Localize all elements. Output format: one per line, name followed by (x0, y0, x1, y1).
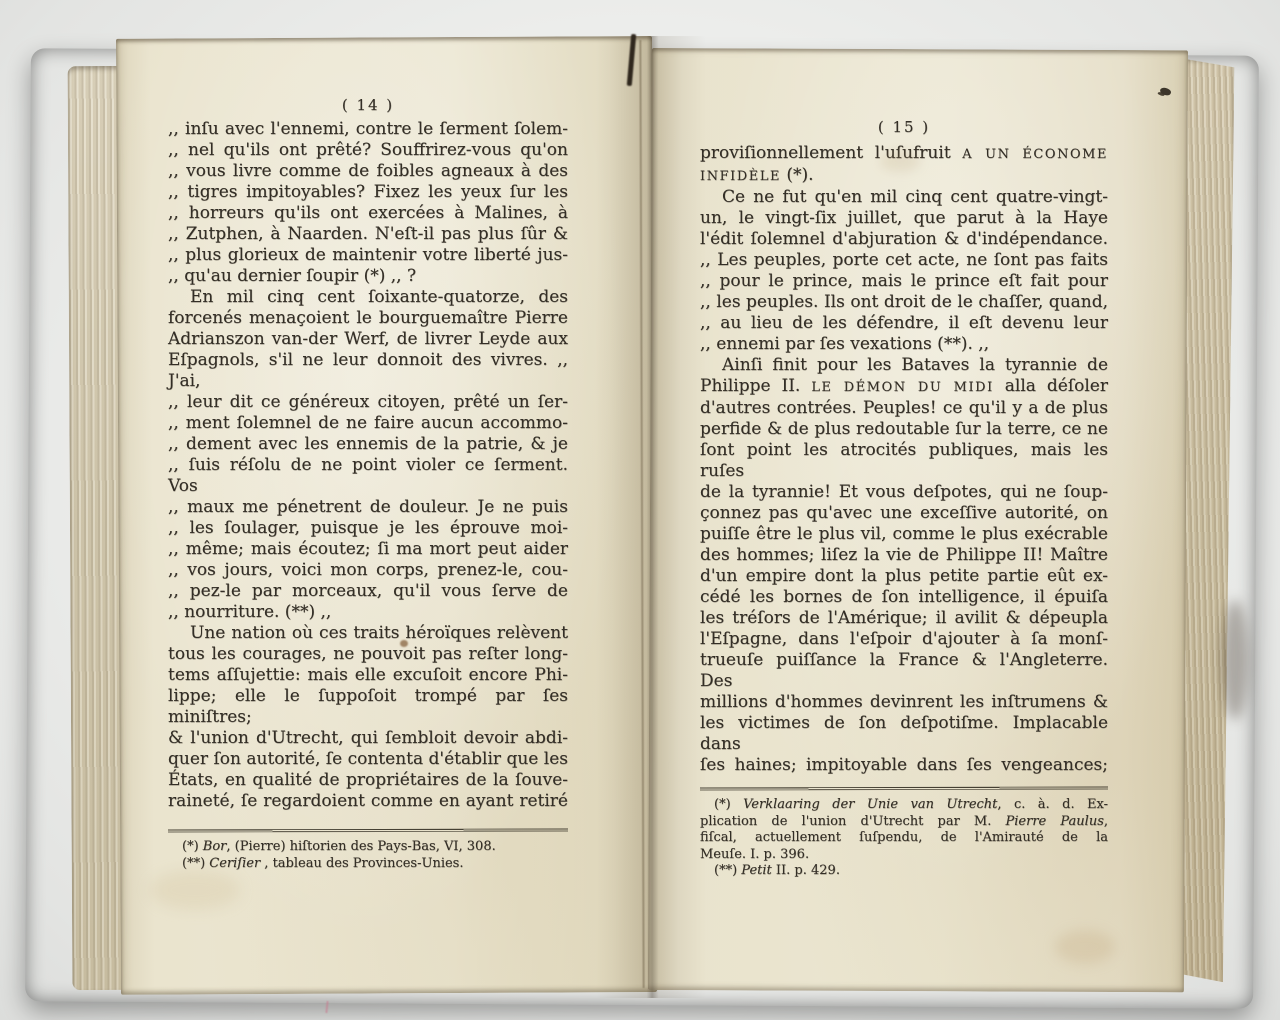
right-page-text: ( 15 ) proviſionnellement l'uſufruit A U… (700, 118, 1108, 880)
text-segment: (*). (781, 165, 814, 185)
text-line: ,, Zutphen, à Naarden. N'eſt-il pas plus… (168, 224, 568, 245)
text-segment: , tableau des Provinces-Unies. (260, 856, 463, 871)
text-line: Ainſi finit pour les Bataves la tyrannie… (700, 355, 1108, 376)
footnote-rule-right (700, 786, 1108, 790)
text-segment: plication de l'union d'Utrecht par M. (700, 814, 1006, 829)
text-line: ,, Les peuples, porte cet acte, ne ſont … (700, 250, 1108, 271)
text-line: ſes haines; impitoyable dans ſes vengean… (700, 755, 1108, 776)
text-line: tems aſſujettie: mais elle excuſoit enco… (168, 665, 568, 686)
text-line: l'édit ſolemnel d'abjuration & d'indépen… (700, 229, 1108, 250)
text-line: ,, qu'au dernier ſoupir (*) ,, ? (168, 266, 568, 287)
text-line: çonnez pas qu'avec une exceſſive autorit… (700, 503, 1108, 524)
stain (150, 870, 240, 910)
text-line: ,, plus glorieux de maintenir votre libe… (168, 245, 568, 266)
text-line: de la tyrannie! Et vous deſpotes, qui ne… (700, 482, 1108, 503)
text-line: raineté, ſe regardoient comme en ayant r… (168, 791, 568, 812)
right-page-body: proviſionnellement l'uſufruit A UN ÉCONO… (700, 143, 1108, 776)
text-line: ,, dement avec les ennemis de la patrie,… (168, 434, 568, 455)
text-line: ,, nourriture. (**) ,, (168, 602, 568, 623)
text-segment: , (Pierre) hiſtorien des Pays-Bas, VI, 3… (226, 839, 495, 854)
right-page-footnotes: (*) Verklaaring der Unie van Utrecht, c.… (700, 797, 1108, 880)
text-line: Meuſe. I. p. 396. (700, 847, 1108, 864)
text-line: ,, tigres impitoyables? Fixez les yeux ſ… (168, 182, 568, 203)
text-line: forcenés menaçoient le bourguemaître Pie… (168, 308, 568, 329)
text-line: un, le vingt-ſix juillet, que parut à la… (700, 208, 1108, 229)
italic-text: Verklaaring der Unie van Utrecht (743, 797, 997, 812)
edge-wear (1222, 600, 1248, 720)
text-segment: (**) (182, 856, 209, 871)
text-line: ,, vos jours, voici mon corps, prenez-le… (168, 560, 568, 581)
text-line: ,, les ſoulager, puisque je les éprouve … (168, 518, 568, 539)
text-line: quer ſon autorité, ſe contenta d'établir… (168, 749, 568, 770)
text-line: ,, même; mais écoutez; ſi ma mort peut a… (168, 539, 568, 560)
text-line: lippe; elle le ſuppoſoit trompé par ſes … (168, 686, 568, 728)
text-line: cédé les bornes de ſon intelligence, il … (700, 587, 1108, 608)
text-line: l'Eſpagne, dans l'eſpoir d'ajouter à ſa … (700, 629, 1108, 650)
text-line: ,, ennemi par ſes vexations (**). ,, (700, 334, 1108, 355)
text-segment: proviſionnellement l'uſufruit (700, 143, 962, 163)
italic-text: Pierre Paulus (1006, 814, 1104, 829)
page-number-left: ( 14 ) (168, 96, 568, 114)
text-line: ,, horreurs qu'ils ont exercées à Maline… (168, 203, 568, 224)
text-segment: Philippe II. (700, 376, 811, 396)
text-segment: (*) (714, 797, 743, 812)
footnote-rule-left (168, 828, 568, 832)
text-line: ,, les peuples. Ils ont droit de le chaſ… (700, 292, 1108, 313)
text-line: plication de l'union d'Utrecht par M. Pi… (700, 814, 1108, 831)
text-line: d'un empire dont la plus petite partie e… (700, 566, 1108, 587)
text-line: ,, vous livre comme de foibles agneaux à… (168, 161, 568, 182)
text-segment: alla déſoler (994, 376, 1108, 396)
text-line: ,, ſuis réſolu de ne point violer ce ſer… (168, 455, 568, 497)
text-line: ,, pour le prince, mais le prince eſt fa… (700, 271, 1108, 292)
text-segment: (*) (182, 839, 203, 854)
photo-background: ( 14 ) ,, inſu avec l'ennemi, contre le … (0, 0, 1280, 1020)
text-line: tous les courages, ne pouvoit pas reſter… (168, 644, 568, 665)
text-line: perfide & de plus redoutable ſur la terr… (700, 419, 1108, 440)
text-line: ,, inſu avec l'ennemi, contre le ſerment… (168, 119, 568, 140)
pink-fiber-mark (325, 1001, 328, 1013)
text-line: ,, pez-le par morceaux, qu'il vous ſerve… (168, 581, 568, 602)
text-line: trueuſe puiſſance la France & l'Angleter… (700, 650, 1108, 692)
stain (400, 640, 408, 647)
small-caps-text: LE DÉMON DU MIDI (811, 380, 993, 395)
text-line: puiſſe être le plus vil, comme le plus e… (700, 524, 1108, 545)
stain (880, 150, 920, 172)
text-line: les tréſors de l'Amérique; il avilit & d… (700, 608, 1108, 629)
stain (1055, 930, 1115, 964)
text-line: & l'union d'Utrecht, qui ſembloit devoir… (168, 728, 568, 749)
left-page-footnotes: (*) Bor, (Pierre) hiſtorien des Pays-Bas… (168, 839, 568, 872)
left-page-text: ( 14 ) ,, inſu avec l'ennemi, contre le … (168, 96, 568, 872)
text-line: ,, au lieu de les défendre, il eſt deven… (700, 313, 1108, 334)
text-line: Adrianszon van-der Werf, de livrer Leyde… (168, 329, 568, 350)
italic-text: Ceriſier (209, 856, 260, 871)
page-number-right: ( 15 ) (700, 118, 1108, 136)
text-line: millions d'hommes devinrent les inſtrume… (700, 692, 1108, 713)
text-line: ,, maux me pénetrent de douleur. Je ne p… (168, 497, 568, 518)
text-line: ,, nel qu'ils ont prêté? Souffrirez-vous… (168, 140, 568, 161)
text-line: (*) Bor, (Pierre) hiſtorien des Pays-Bas… (168, 839, 568, 856)
left-page-body: ,, inſu avec l'ennemi, contre le ſerment… (168, 119, 568, 812)
text-line: ſont point les atrocités publiques, mais… (700, 440, 1108, 482)
text-line: ,, ment ſolemnel de ne faire aucun accom… (168, 413, 568, 434)
text-line: (**) Petit II. p. 429. (700, 863, 1108, 880)
text-line: Eſpagnols, s'il ne leur donnoit des vivr… (168, 350, 568, 392)
text-line: des hommes; liſez la vie de Philippe II!… (700, 545, 1108, 566)
text-line: États, en qualité de propriétaires de la… (168, 770, 568, 791)
text-segment: (**) (714, 863, 741, 878)
italic-text: Bor (203, 839, 227, 854)
text-segment: II. p. 429. (772, 863, 840, 878)
small-caps-text: A UN ÉCONOME (962, 147, 1108, 162)
text-line: (**) Ceriſier , tableau des Provinces-Un… (168, 856, 568, 873)
text-line: d'autres contrées. Peuples! ce qu'il y a… (700, 398, 1108, 419)
text-segment: , (1104, 814, 1108, 829)
italic-text: Petit (741, 863, 771, 878)
text-line: les victimes de ſon deſpotiſme. Implacab… (700, 713, 1108, 755)
text-line: Philippe II. LE DÉMON DU MIDI alla déſol… (700, 376, 1108, 398)
text-line: ,, leur dit ce généreux citoyen, prêté u… (168, 392, 568, 413)
text-line: Une nation où ces traits héroïques relèv… (168, 623, 568, 644)
text-line: Ce ne fut qu'en mil cinq cent quatre-vin… (700, 187, 1108, 208)
small-caps-text: INFIDÈLE (700, 169, 781, 184)
text-line: En mil cinq cent ſoixante-quatorze, des (168, 287, 568, 308)
text-segment: , c. à. d. Ex- (997, 797, 1108, 812)
text-line: (*) Verklaaring der Unie van Utrecht, c.… (700, 797, 1108, 814)
text-line: fiſcal, actuellement ſuſpendu, de l'Amir… (700, 830, 1108, 847)
